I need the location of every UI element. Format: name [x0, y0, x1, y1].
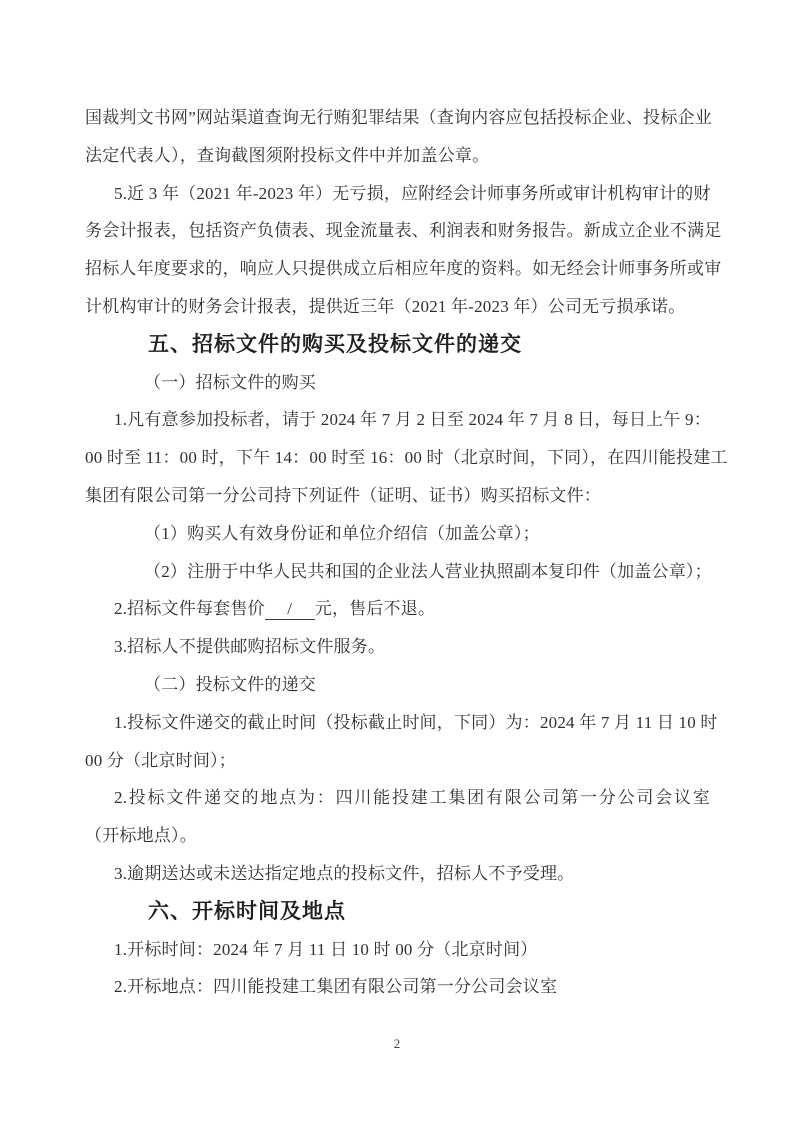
text-line: 计机构审计的财务会计报表，提供近三年（2021 年-2023 年）公司无亏损承诺… [85, 288, 710, 326]
text-line: 务会计报表，包括资产负债表、现金流量表、利润表和财务报告。新成立企业不满足 [85, 212, 710, 250]
text-line: 1.凡有意参加投标者，请于 2024 年 7 月 2 日至 2024 年 7 月… [85, 401, 710, 439]
subsection-heading: （二）投标文件的递交 [85, 666, 710, 704]
text-line: （开标地点）。 [85, 817, 710, 855]
document-page: 国裁判文书网”网站渠道查询无行贿犯罪结果（查询内容应包括投标企业、投标企业 法定… [0, 0, 794, 1123]
page-number: 2 [0, 1036, 794, 1052]
document-body: 国裁判文书网”网站渠道查询无行贿犯罪结果（查询内容应包括投标企业、投标企业 法定… [85, 99, 710, 1006]
price-line-suffix: 元，售后不退。 [315, 599, 435, 618]
text-line: 2.开标地点：四川能投建工集团有限公司第一分公司会议室 [85, 968, 710, 1006]
text-line: 2.投标文件递交的地点为：四川能投建工集团有限公司第一分公司会议室 [85, 779, 710, 817]
text-line: 招标人年度要求的，响应人只提供成立后相应年度的资料。如无经会计师事务所或审 [85, 250, 710, 288]
text-line: 00 分（北京时间）； [85, 742, 710, 780]
text-line-price-blank: 2.招标文件每套售价/元，售后不退。 [85, 590, 710, 628]
text-line: 5.近 3 年（2021 年-2023 年）无亏损，应附经会计师事务所或审计机构… [85, 175, 710, 213]
text-line: （2）注册于中华人民共和国的企业法人营业执照副本复印件（加盖公章）； [85, 553, 710, 591]
text-line: 3.招标人不提供邮购招标文件服务。 [85, 628, 710, 666]
price-blank-underline: / [265, 599, 315, 620]
text-line: 1.投标文件递交的截止时间（投标截止时间，下同）为：2024 年 7 月 11 … [85, 704, 710, 742]
text-line: 3.逾期送达或未送达指定地点的投标文件，招标人不予受理。 [85, 855, 710, 893]
text-line: 集团有限公司第一分公司持下列证件（证明、证书）购买招标文件： [85, 477, 710, 515]
subsection-heading: （一）招标文件的购买 [85, 364, 710, 402]
text-line: 00 时至 11：00 时，下午 14：00 时至 16：00 时（北京时间，下… [85, 439, 710, 477]
price-line-prefix: 2.招标文件每套售价 [114, 599, 265, 618]
text-line: 国裁判文书网”网站渠道查询无行贿犯罪结果（查询内容应包括投标企业、投标企业 [85, 99, 710, 137]
text-line: 法定代表人），查询截图须附投标文件中并加盖公章。 [85, 137, 710, 175]
section-heading-6: 六、开标时间及地点 [85, 893, 710, 931]
text-line: 1.开标时间：2024 年 7 月 11 日 10 时 00 分（北京时间） [85, 931, 710, 969]
text-line: （1）购买人有效身份证和单位介绍信（加盖公章）； [85, 515, 710, 553]
section-heading-5: 五、招标文件的购买及投标文件的递交 [85, 326, 710, 364]
